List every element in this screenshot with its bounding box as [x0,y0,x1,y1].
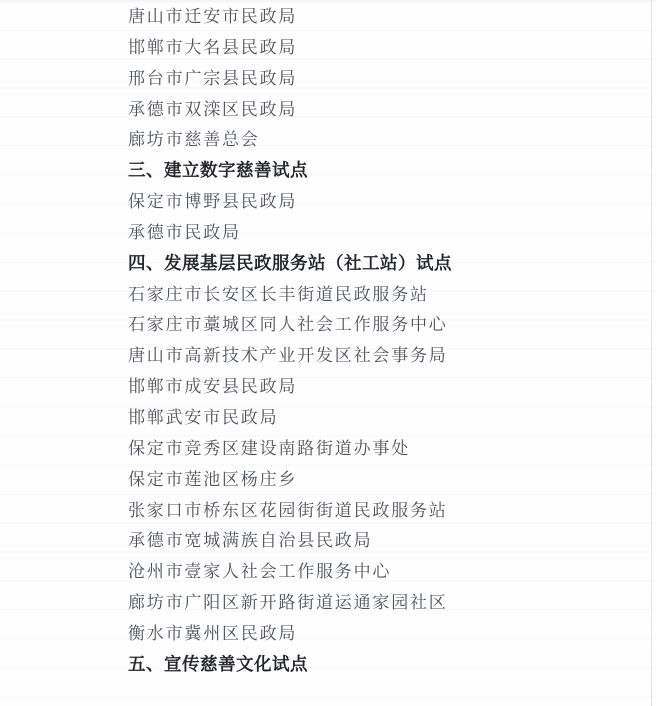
document-body: 唐山市迁安市民政局 邯郸市大名县民政局 邢台市广宗县民政局 承德市双滦区民政局 … [128,2,646,681]
list-item: 承德市民政局 [128,218,646,249]
list-item: 唐山市高新技术产业开发区社会事务局 [128,341,646,372]
list-item: 邯郸市大名县民政局 [128,33,646,64]
section-4-heading: 四、发展基层民政服务站（社工站）试点 [128,249,646,280]
section-3-heading: 三、建立数字慈善试点 [128,156,646,187]
list-item: 唐山市迁安市民政局 [128,2,646,33]
list-item: 承德市宽城满族自治县民政局 [128,526,646,557]
list-item: 保定市竞秀区建设南路街道办事处 [128,434,646,465]
list-item: 石家庄市长安区长丰街道民政服务站 [128,280,646,311]
list-item: 沧州市壹家人社会工作服务中心 [128,557,646,588]
list-item: 邯郸市成安县民政局 [128,372,646,403]
list-item: 保定市莲池区杨庄乡 [128,465,646,496]
list-item: 保定市博野县民政局 [128,187,646,218]
list-item: 廊坊市慈善总会 [128,125,646,156]
list-item: 廊坊市广阳区新开路街道运通家园社区 [128,588,646,619]
list-item: 邢台市广宗县民政局 [128,64,646,95]
scan-page-edge-line [651,0,652,706]
document-page: 唐山市迁安市民政局 邯郸市大名县民政局 邢台市广宗县民政局 承德市双滦区民政局 … [0,0,656,706]
list-item: 张家口市桥东区花园街街道民政服务站 [128,496,646,527]
list-item: 邯郸武安市民政局 [128,403,646,434]
section-5-heading: 五、宣传慈善文化试点 [128,650,646,681]
list-item: 石家庄市藁城区同人社会工作服务中心 [128,310,646,341]
list-item: 衡水市冀州区民政局 [128,619,646,650]
list-item: 承德市双滦区民政局 [128,95,646,126]
